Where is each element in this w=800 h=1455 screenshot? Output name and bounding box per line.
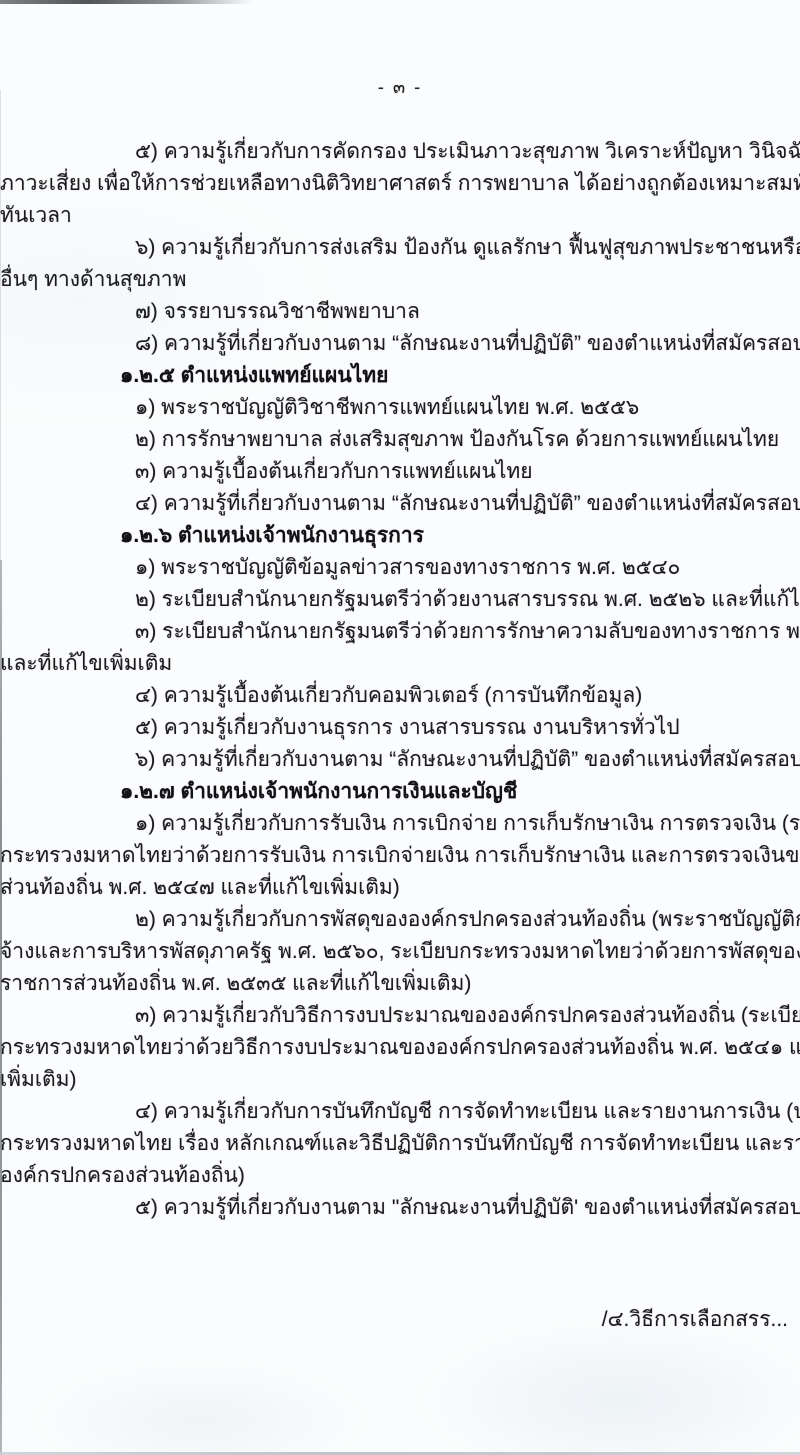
text-line: เพิ่มเติม) (0, 1064, 797, 1096)
text-line: องค์กรปกครองส่วนท้องถิ่น) (0, 1160, 797, 1192)
continuation-note: /๔.วิธีการเลือกสรร... (602, 1303, 788, 1336)
text-line: ๔) ความรู้ที่เกี่ยวกับงานตาม “ลักษณะงานท… (0, 488, 797, 520)
text-line: ส่วนท้องถิ่น พ.ศ. ๒๕๔๗ และที่แก้ไขเพิ่มเ… (0, 872, 797, 904)
text-line: ๒) ความรู้เกี่ยวกับการพัสดุขององค์กรปกคร… (0, 904, 797, 936)
text-line: ๒) การรักษาพยาบาล ส่งเสริมสุขภาพ ป้องกัน… (0, 424, 797, 456)
text-line: กระทรวงมหาดไทย เรื่อง หลักเกณฑ์และวิธีปฏ… (0, 1128, 797, 1160)
scan-artifact-top-edge (0, 0, 252, 4)
text-line: อื่นๆ ทางด้านสุขภาพ (0, 264, 797, 296)
text-line: ทันเวลา (0, 200, 797, 232)
text-line: ๔) ความรู้เบื้องต้นเกี่ยวกับคอมพิวเตอร์ … (0, 680, 797, 712)
text-line: ๓) ระเบียบสำนักนายกรัฐมนตรีว่าด้วยการรัก… (0, 616, 797, 648)
scanned-document-page: - ๓ - ๕) ความรู้เกี่ยวกับการคัดกรอง ประเ… (0, 0, 800, 1455)
document-body: ๕) ความรู้เกี่ยวกับการคัดกรอง ประเมินภาว… (0, 136, 797, 1224)
text-line: ภาวะเสี่ยง เพื่อให้การช่วยเหลือทางนิติวิ… (0, 168, 797, 200)
section-heading: ๑.๒.๖ ตำแหน่งเจ้าพนักงานธุรการ (0, 520, 797, 552)
text-line: และที่แก้ไขเพิ่มเติม (0, 648, 797, 680)
text-line: ๓) ความรู้เบื้องต้นเกี่ยวกับการแพทย์แผนไ… (0, 456, 797, 488)
text-line: จ้างและการบริหารพัสดุภาครัฐ พ.ศ. ๒๕๖๐, ร… (0, 936, 797, 968)
section-heading: ๑.๒.๕ ตำแหน่งแพทย์แผนไทย (0, 360, 797, 392)
text-line: ๔) ความรู้เกี่ยวกับการบันทึกบัญชี การจัด… (0, 1096, 797, 1128)
text-line: ๖) ความรู้ที่เกี่ยวกับงานตาม “ลักษณะงานท… (0, 744, 797, 776)
text-line: ๖) ความรู้เกี่ยวกับการส่งเสริม ป้องกัน ด… (0, 232, 797, 264)
text-line: ๓) ความรู้เกี่ยวกับวิธีการงบประมาณขององค… (0, 1000, 797, 1032)
text-line: ๕) ความรู้เกี่ยวกับการคัดกรอง ประเมินภาว… (0, 136, 797, 168)
section-heading: ๑.๒.๗ ตำแหน่งเจ้าพนักงานการเงินและบัญชี (0, 776, 797, 808)
text-line: กระทรวงมหาดไทยว่าด้วยวิธีการงบประมาณของอ… (0, 1032, 797, 1064)
text-line: ๘) ความรู้ที่เกี่ยวกับงานตาม “ลักษณะงานท… (0, 328, 797, 360)
text-line: กระทรวงมหาดไทยว่าด้วยการรับเงิน การเบิกจ… (0, 840, 797, 872)
text-line: ๕) ความรู้ที่เกี่ยวกับงานตาม "ลักษณะงานท… (0, 1192, 797, 1224)
text-line: ๗) จรรยาบรรณวิชาชีพพยาบาล (0, 296, 797, 328)
text-line: ๒) ระเบียบสำนักนายกรัฐมนตรีว่าด้วยงานสาร… (0, 584, 797, 616)
text-line: ราชการส่วนท้องถิ่น พ.ศ. ๒๕๓๕ และที่แก้ไข… (0, 968, 797, 1000)
text-line: ๕) ความรู้เกี่ยวกับงานธุรการ งานสารบรรณ … (0, 712, 797, 744)
text-line: ๑) พระราชบัญญัติวิชาชีพการแพทย์แผนไทย พ.… (0, 392, 797, 424)
text-line: ๑) ความรู้เกี่ยวกับการรับเงิน การเบิกจ่า… (0, 808, 797, 840)
text-line: ๑) พระราชบัญญัติข้อมูลข่าวสารของทางราชกา… (0, 552, 797, 584)
page-number: - ๓ - (0, 72, 800, 101)
